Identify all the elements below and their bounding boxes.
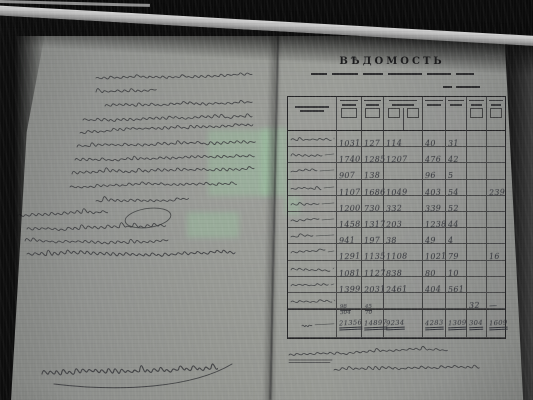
value-cell: 52: [446, 196, 467, 212]
value-cell: [467, 147, 487, 163]
value-cell: [487, 277, 505, 293]
value-cell: 31: [446, 131, 467, 147]
handwritten-stroke: [105, 100, 252, 106]
value-cell: 44: [446, 212, 467, 228]
value-cell: 16: [487, 244, 505, 260]
printed-text-bar: [392, 104, 415, 106]
value-cell: 4283: [423, 309, 446, 338]
handwritten-stroke: [315, 324, 334, 325]
month-row-label: [288, 180, 337, 196]
bezel-edge-highlight: [0, 0, 150, 7]
value-cell: —: [487, 293, 505, 309]
value-cell: 2461: [384, 277, 423, 293]
handwritten-stroke: [42, 364, 218, 375]
month-label-script: [288, 163, 337, 179]
value-cell: 96: [423, 163, 446, 179]
value-cell: [467, 163, 487, 179]
value-cell: 1285: [362, 147, 384, 163]
handwritten-stroke: [291, 268, 330, 271]
printed-text-bar: [456, 86, 480, 88]
photo-of-screen: ВѢДОМОСТЬ 103112711440311740128512074764…: [0, 0, 533, 400]
header-box: [490, 108, 502, 118]
handwritten-stroke: [334, 365, 479, 370]
value-cell: [467, 261, 487, 277]
month-label-script: [288, 196, 337, 212]
handwritten-stroke: [75, 155, 254, 161]
printed-text-bar: [300, 110, 324, 112]
header-box: [388, 108, 400, 118]
value-cell: 403: [423, 180, 446, 196]
printed-text-bar: [450, 104, 462, 106]
value-cell: 5: [446, 163, 467, 179]
printed-text-bar: [443, 86, 452, 88]
header-cell: [362, 97, 384, 131]
value-cell: [467, 212, 487, 228]
printed-text-bar: [425, 100, 442, 102]
handwritten-stroke: [80, 124, 253, 134]
month-label-script: [288, 131, 337, 147]
handwritten-stroke: [322, 219, 334, 220]
printed-text-bar: [489, 100, 502, 102]
handwritten-number: 304: [469, 319, 483, 328]
printed-text-bar: [363, 73, 383, 75]
printed-text-bar: [332, 73, 358, 75]
handwritten-stroke: [291, 283, 328, 285]
value-cell: [384, 293, 423, 309]
value-cell: 114: [384, 131, 423, 147]
value-cell: [446, 293, 467, 309]
document-title: ВѢДОМОСТЬ: [297, 56, 487, 67]
month-label-script: [288, 212, 337, 228]
value-cell: 1207: [384, 147, 423, 163]
handwritten-stroke: [485, 55, 503, 56]
printed-text-bar: [427, 73, 451, 75]
value-cell: [487, 163, 505, 179]
value-cell: [487, 147, 505, 163]
value-cell: 1317: [362, 212, 384, 228]
value-cell: 98304: [337, 293, 362, 309]
printed-text-bar: [491, 104, 501, 106]
table-heading: ВѢДОМОСТЬ: [297, 56, 487, 75]
printed-text-bar: [340, 100, 359, 102]
handwritten-stroke: [72, 167, 254, 174]
handwritten-stroke: [291, 169, 317, 172]
value-cell: 203: [384, 212, 423, 228]
handwritten-number: 4283: [425, 319, 444, 328]
handwritten-stroke: [289, 346, 447, 355]
value-cell: 197: [362, 228, 384, 244]
value-cell: 1127: [362, 261, 384, 277]
handwritten-stroke: [291, 300, 332, 303]
value-cell: [467, 180, 487, 196]
handwritten-stroke: [333, 267, 334, 268]
handwritten-stroke: [291, 218, 319, 221]
value-cell: 1021: [423, 244, 446, 260]
value-cell: 404: [423, 277, 446, 293]
value-cell: 21356: [337, 309, 362, 338]
value-cell: 1686: [362, 180, 384, 196]
value-cell: 1740: [337, 147, 362, 163]
month-label-script: [288, 228, 337, 244]
handwritten-number: 9234: [386, 319, 405, 328]
header-subcolumn-divider: [403, 108, 404, 130]
month-row-label: [288, 131, 337, 147]
value-cell: [487, 212, 505, 228]
header-cell: [487, 97, 505, 131]
handwritten-stroke: [334, 300, 335, 301]
month-row-label: [288, 147, 337, 163]
printed-text-bar: [389, 100, 418, 102]
value-cell: 1107: [337, 180, 362, 196]
header-cell: [288, 97, 337, 131]
month-label-script: [288, 277, 337, 293]
value-cell: [423, 293, 446, 309]
handwritten-stroke: [96, 89, 156, 93]
value-cell: 9234: [384, 309, 423, 338]
handwritten-stroke: [479, 46, 506, 48]
value-cell: 476: [423, 147, 446, 163]
value-cell: 730: [362, 196, 384, 212]
month-row-label: [288, 293, 337, 309]
handwritten-stroke: [291, 154, 322, 157]
handwritten-stroke: [27, 223, 166, 231]
printed-text-bar: [388, 73, 422, 75]
value-cell: [487, 228, 505, 244]
printed-text-bar: [311, 73, 327, 75]
handwritten-stroke: [316, 235, 334, 236]
total-row-label: [288, 309, 337, 338]
value-cell: 42: [446, 147, 467, 163]
vedomost-table: 1031127114403117401285120747642907138965…: [287, 96, 506, 339]
subtitle-printed-line: [297, 73, 487, 75]
value-cell: 40: [423, 131, 446, 147]
value-cell: 4: [446, 228, 467, 244]
value-cell: 561: [446, 277, 467, 293]
header-cell: [423, 97, 446, 131]
month-label-script: [288, 261, 337, 277]
header-box: [341, 108, 357, 118]
handwritten-number: 21356: [339, 319, 362, 328]
value-cell: 1200: [337, 196, 362, 212]
value-cell: 1238: [423, 212, 446, 228]
value-cell: [487, 196, 505, 212]
handwritten-stroke: [331, 284, 334, 285]
month-label-script: [288, 147, 337, 163]
month-row-label: [288, 228, 337, 244]
month-label-script: [288, 180, 337, 196]
value-cell: 1031: [337, 131, 362, 147]
handwritten-stroke: [302, 325, 312, 327]
value-cell: 1458: [337, 212, 362, 228]
header-cell: [384, 97, 423, 131]
value-cell: 79: [446, 244, 467, 260]
value-cell: [384, 163, 423, 179]
bezel-strip: [0, 0, 533, 39]
handwritten-stroke: [70, 182, 236, 188]
value-cell: [467, 277, 487, 293]
handwritten-stroke: [291, 186, 321, 189]
handwritten-number: 1609: [489, 319, 508, 328]
printed-text-bar: [364, 100, 380, 102]
month-label-script: [288, 293, 337, 309]
handwritten-stroke: [27, 250, 235, 256]
handwritten-stroke: [77, 141, 255, 147]
printed-text-bar: [456, 73, 474, 75]
handwritten-stroke: [96, 73, 252, 79]
value-cell: 1081: [337, 261, 362, 277]
handwritten-stroke: [83, 114, 252, 122]
handwritten-stroke: [320, 170, 334, 171]
month-row-label: [288, 277, 337, 293]
value-cell: 941: [337, 228, 362, 244]
value-cell: 32: [467, 293, 487, 309]
value-cell: 127: [362, 131, 384, 147]
handwritten-stroke: [291, 202, 319, 205]
header-box: [365, 108, 379, 118]
value-cell: 1309: [446, 309, 467, 338]
value-cell: 1108: [384, 244, 423, 260]
header-cell: [337, 97, 362, 131]
month-row-label: [288, 212, 337, 228]
month-row-label: [288, 163, 337, 179]
handwritten-stroke: [18, 209, 108, 217]
handwritten-stroke: [325, 154, 334, 155]
value-cell: 332: [384, 196, 423, 212]
value-cell: 1609: [487, 309, 505, 338]
value-cell: 4570: [362, 293, 384, 309]
value-cell: 1049: [384, 180, 423, 196]
value-cell: 2031: [362, 277, 384, 293]
handwritten-stroke: [96, 197, 188, 202]
header-cell: [467, 97, 487, 131]
month-label-script: [288, 310, 337, 339]
month-row-label: [288, 261, 337, 277]
value-cell: 138: [362, 163, 384, 179]
handwritten-stroke: [324, 186, 334, 187]
value-cell: 1291: [337, 244, 362, 260]
handwritten-stroke: [291, 234, 313, 237]
value-cell: [467, 244, 487, 260]
handwritten-number: 1309: [448, 319, 467, 328]
header-box: [470, 108, 483, 118]
value-cell: 54: [446, 180, 467, 196]
value-cell: 907: [337, 163, 362, 179]
printed-text-bar: [295, 106, 329, 108]
header-box: [407, 108, 419, 118]
header-cell: [446, 97, 467, 131]
printed-text-bar: [448, 100, 464, 102]
printed-text-bar: [366, 104, 379, 106]
value-cell: 304: [467, 309, 487, 338]
value-cell: 14897: [362, 309, 384, 338]
handwritten-stroke: [322, 203, 334, 204]
value-cell: [467, 196, 487, 212]
value-cell: [487, 131, 505, 147]
value-cell: 10: [446, 261, 467, 277]
value-cell: [467, 228, 487, 244]
value-cell: 239: [487, 180, 505, 196]
printed-text-bar: [427, 104, 440, 106]
value-cell: 1135: [362, 244, 384, 260]
printed-text-bar: [469, 100, 484, 102]
handwritten-stroke: [25, 238, 168, 244]
value-cell: 1399: [337, 277, 362, 293]
printed-text-bar: [342, 104, 357, 106]
month-row-label: [288, 244, 337, 260]
year-printed-line: [428, 86, 480, 88]
value-cell: 80: [423, 261, 446, 277]
value-cell: 38: [384, 228, 423, 244]
handwritten-stroke: [291, 138, 331, 141]
value-cell: 838: [384, 261, 423, 277]
document-page: ВѢДОМОСТЬ 103112711440311740128512074764…: [0, 36, 533, 400]
handwritten-stroke: [328, 251, 334, 252]
printed-text-bar: [471, 104, 483, 106]
handwritten-stroke: [291, 249, 325, 253]
month-row-label: [288, 196, 337, 212]
value-cell: 339: [423, 196, 446, 212]
value-cell: 49: [423, 228, 446, 244]
value-cell: [487, 261, 505, 277]
month-label-script: [288, 244, 337, 260]
value-cell: [467, 131, 487, 147]
